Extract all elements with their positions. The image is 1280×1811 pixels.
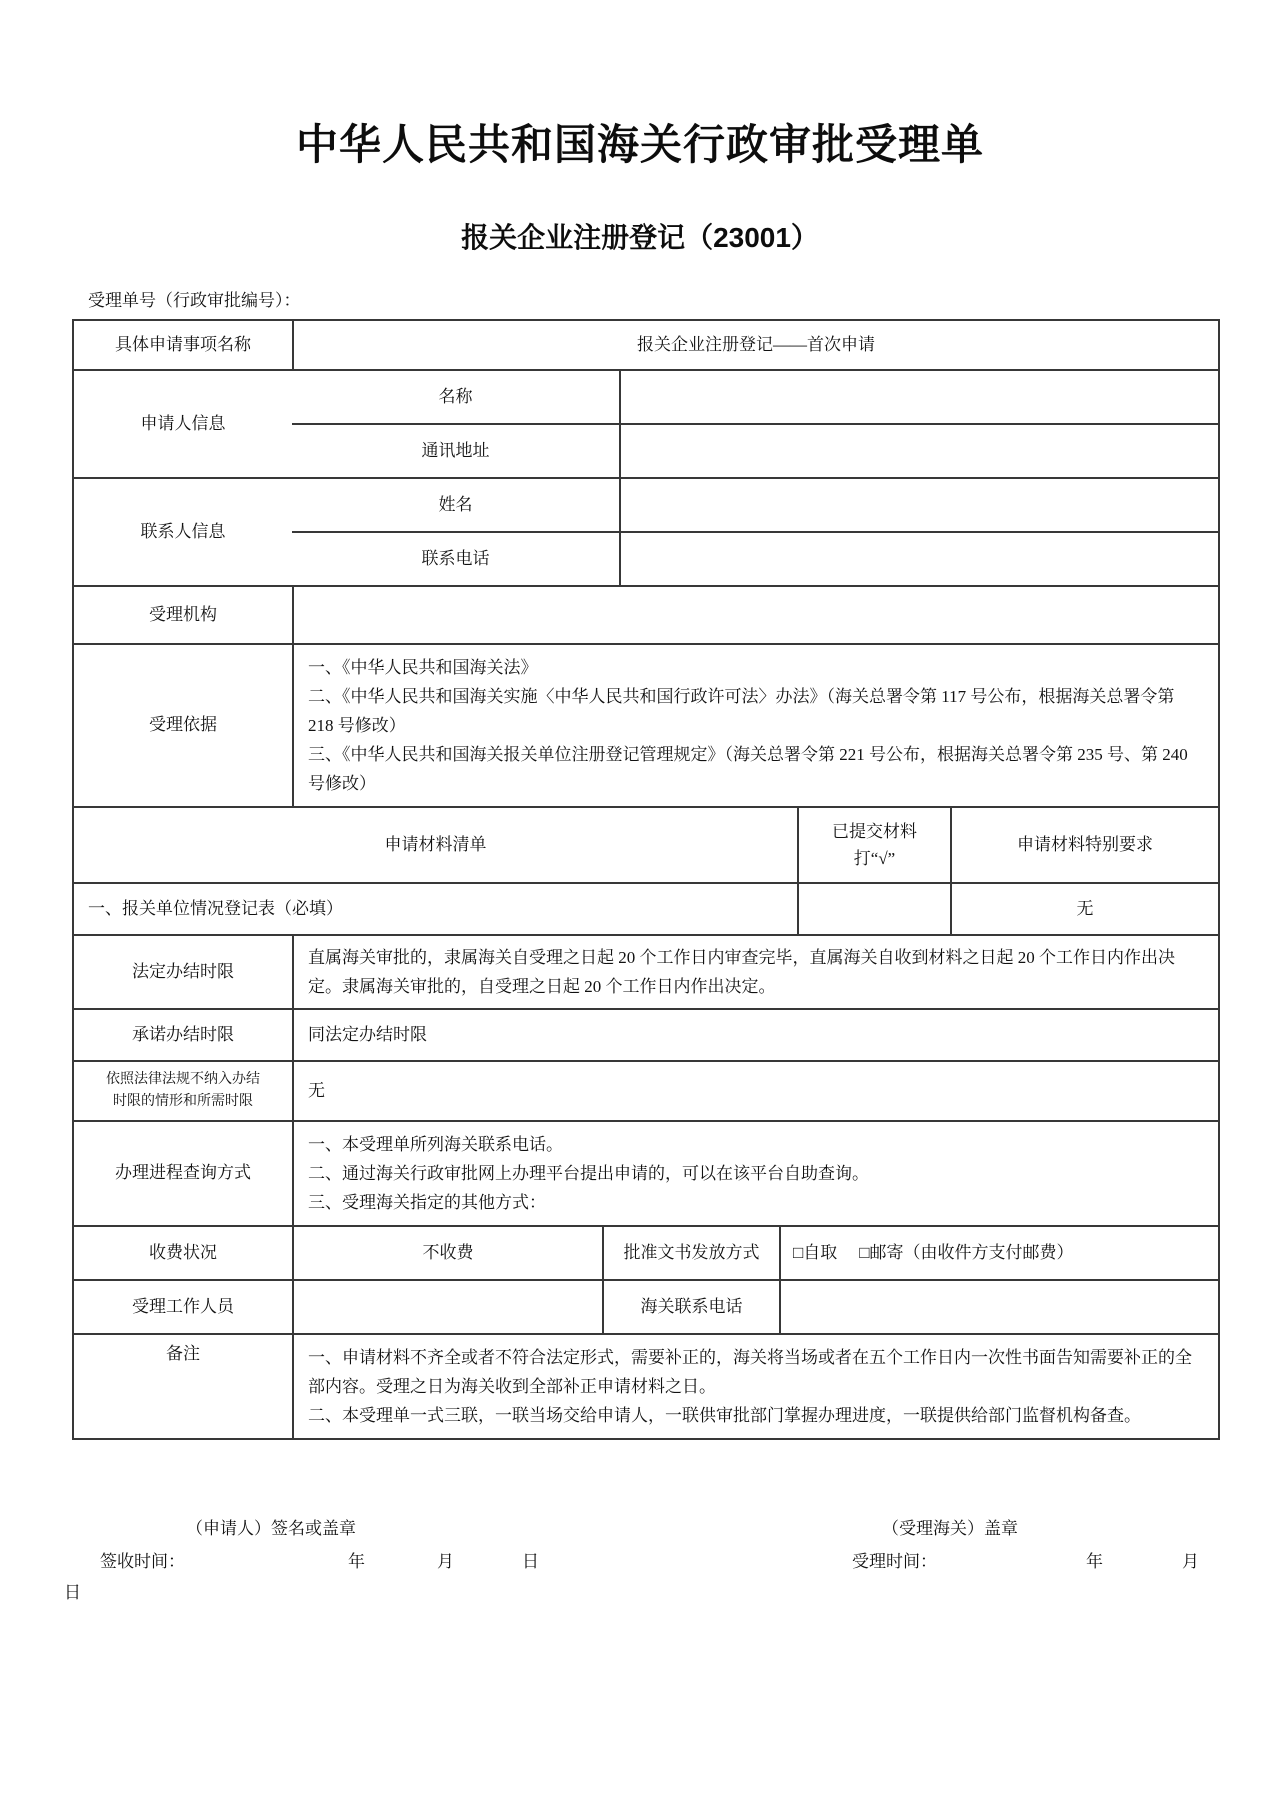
row-progress-query: 办理进程查询方式 一、本受理单所列海关联系电话。 二、通过海关行政审批网上办理平… xyxy=(74,1120,1218,1225)
material-item-special: 无 xyxy=(950,884,1218,934)
accept-time-label: 受理时间： xyxy=(852,1547,937,1572)
progress-query-label: 办理进程查询方式 xyxy=(74,1122,292,1225)
accept-time-month-label: 月 xyxy=(1182,1547,1199,1572)
customs-phone-field[interactable] xyxy=(779,1281,1218,1333)
accept-time-year-label: 年 xyxy=(1086,1547,1103,1572)
fee-label: 收费状况 xyxy=(74,1227,292,1279)
contact-phone-label: 联系电话 xyxy=(292,533,619,585)
item-name-label: 具体申请事项名称 xyxy=(74,321,292,369)
excluded-limit-value: 无 xyxy=(292,1062,1218,1120)
row-fee-delivery: 收费状况 不收费 批准文书发放方式 □自取 □邮寄（由收件方支付邮费） xyxy=(74,1225,1218,1279)
accepting-org-field[interactable] xyxy=(292,587,1218,643)
page-subtitle: 报关企业注册登记（23001） xyxy=(0,216,1280,256)
contact-name-field[interactable] xyxy=(619,479,1218,531)
materials-submitted-header: 已提交材料 打“√” xyxy=(797,808,950,882)
staff-field[interactable] xyxy=(292,1281,602,1333)
remarks-text: 一、申请材料不齐全或者不符合法定形式，需要补正的，海关将当场或者在五个工作日内一… xyxy=(292,1335,1218,1438)
remarks-label: 备注 xyxy=(74,1335,292,1438)
sign-time-day-label: 日 xyxy=(522,1547,539,1572)
row-excluded-limit: 依照法律法规不纳入办结 时限的情形和所需时限 无 xyxy=(74,1060,1218,1120)
acceptance-form-table: 具体申请事项名称 报关企业注册登记——首次申请 申请人信息 名称 通讯地址 联系… xyxy=(72,319,1220,1440)
applicant-name-row: 名称 xyxy=(292,371,1218,423)
delivery-method-options: □自取 □邮寄（由收件方支付邮费） xyxy=(779,1227,1218,1279)
contact-phone-field[interactable] xyxy=(619,533,1218,585)
remarks-line: 二、本受理单一式三联，一联当场交给申请人，一联供审批部门掌握办理进度，一联提供给… xyxy=(308,1401,1204,1430)
progress-query-text: 一、本受理单所列海关联系电话。 二、通过海关行政审批网上办理平台提出申请的，可以… xyxy=(292,1122,1218,1225)
applicant-address-label: 通讯地址 xyxy=(292,425,619,477)
contact-name-row: 姓名 xyxy=(292,479,1218,531)
acceptance-basis-label: 受理依据 xyxy=(74,645,292,806)
row-applicant-info: 申请人信息 名称 通讯地址 xyxy=(74,369,1218,477)
row-material-item: 一、报关单位情况登记表（必填） 无 xyxy=(74,882,1218,934)
document-page: 中华人民共和国海关行政审批受理单 报关企业注册登记（23001） 受理单号（行政… xyxy=(0,0,1280,1654)
contact-info-label: 联系人信息 xyxy=(74,479,292,585)
progress-query-line: 三、受理海关指定的其他方式： xyxy=(308,1188,869,1217)
staff-label: 受理工作人员 xyxy=(74,1281,292,1333)
acceptance-number-label: 受理单号（行政审批编号）： xyxy=(88,286,1280,311)
applicant-info-label: 申请人信息 xyxy=(74,371,292,477)
sign-time-month-label: 月 xyxy=(437,1547,454,1572)
delivery-option-mail-checkbox[interactable]: □邮寄（由收件方支付邮费） xyxy=(859,1242,1073,1265)
contact-name-label: 姓名 xyxy=(292,479,619,531)
material-item-submitted-checkbox-cell[interactable] xyxy=(797,884,950,934)
row-remarks: 备注 一、申请材料不齐全或者不符合法定形式，需要补正的，海关将当场或者在五个工作… xyxy=(74,1333,1218,1438)
contact-phone-row: 联系电话 xyxy=(292,531,1218,585)
promised-limit-value: 同法定办结时限 xyxy=(292,1010,1218,1060)
applicant-name-label: 名称 xyxy=(292,371,619,423)
row-materials-header: 申请材料清单 已提交材料 打“√” 申请材料特别要求 xyxy=(74,806,1218,882)
promised-limit-label: 承诺办结时限 xyxy=(74,1010,292,1060)
page-title: 中华人民共和国海关行政审批受理单 xyxy=(0,112,1280,172)
applicant-address-row: 通讯地址 xyxy=(292,423,1218,477)
accepting-org-label: 受理机构 xyxy=(74,587,292,643)
sign-time-year-label: 年 xyxy=(348,1547,365,1572)
row-contact-info: 联系人信息 姓名 联系电话 xyxy=(74,477,1218,585)
material-item-name: 一、报关单位情况登记表（必填） xyxy=(74,884,797,934)
statutory-limit-label: 法定办结时限 xyxy=(74,936,292,1008)
basis-line: 一、《中华人民共和国海关法》 xyxy=(308,653,1204,682)
basis-line: 三、《中华人民共和国海关报关单位注册登记管理规定》（海关总署令第 221 号公布… xyxy=(308,740,1204,798)
row-accepting-org: 受理机构 xyxy=(74,585,1218,643)
applicant-address-field[interactable] xyxy=(619,425,1218,477)
sign-time-label: 签收时间： xyxy=(100,1547,185,1572)
accept-time-day-wrapped-label: 日 xyxy=(64,1578,81,1603)
row-promised-limit: 承诺办结时限 同法定办结时限 xyxy=(74,1008,1218,1060)
delivery-option-pickup-checkbox[interactable]: □自取 xyxy=(793,1242,837,1265)
statutory-limit-value: 直属海关审批的，隶属海关自受理之日起 20 个工作日内审查完毕，直属海关自收到材… xyxy=(294,936,1218,1008)
delivery-method-label: 批准文书发放方式 xyxy=(602,1227,779,1279)
excluded-limit-label: 依照法律法规不纳入办结 时限的情形和所需时限 xyxy=(74,1062,292,1120)
acceptance-basis-text: 一、《中华人民共和国海关法》 二、《中华人民共和国海关实施〈中华人民共和国行政许… xyxy=(292,645,1218,806)
row-statutory-limit: 法定办结时限 直属海关审批的，隶属海关自受理之日起 20 个工作日内审查完毕，直… xyxy=(74,934,1218,1008)
materials-special-header: 申请材料特别要求 xyxy=(950,808,1218,882)
basis-line: 二、《中华人民共和国海关实施〈中华人民共和国行政许可法〉办法》（海关总署令第 1… xyxy=(308,682,1204,740)
row-acceptance-basis: 受理依据 一、《中华人民共和国海关法》 二、《中华人民共和国海关实施〈中华人民共… xyxy=(74,643,1218,806)
fee-value: 不收费 xyxy=(292,1227,602,1279)
item-name-value: 报关企业注册登记——首次申请 xyxy=(292,321,1218,369)
applicant-name-field[interactable] xyxy=(619,371,1218,423)
progress-query-line: 一、本受理单所列海关联系电话。 xyxy=(308,1130,869,1159)
materials-list-header: 申请材料清单 xyxy=(74,808,797,882)
signature-footer: （申请人）签名或盖章 （受理海关）盖章 签收时间： 年 月 日 受理时间： 年 … xyxy=(0,1514,1280,1654)
customs-seal-label: （受理海关）盖章 xyxy=(882,1514,1018,1539)
row-staff-phone: 受理工作人员 海关联系电话 xyxy=(74,1279,1218,1333)
customs-phone-label: 海关联系电话 xyxy=(602,1281,779,1333)
applicant-signature-label: （申请人）签名或盖章 xyxy=(186,1514,356,1539)
statutory-limit-text: 直属海关审批的，隶属海关自受理之日起 20 个工作日内审查完毕，直属海关自收到材… xyxy=(292,936,1218,1008)
progress-query-line: 二、通过海关行政审批网上办理平台提出申请的，可以在该平台自助查询。 xyxy=(308,1159,869,1188)
remarks-line: 一、申请材料不齐全或者不符合法定形式，需要补正的，海关将当场或者在五个工作日内一… xyxy=(308,1343,1204,1401)
row-item-name: 具体申请事项名称 报关企业注册登记——首次申请 xyxy=(74,321,1218,369)
